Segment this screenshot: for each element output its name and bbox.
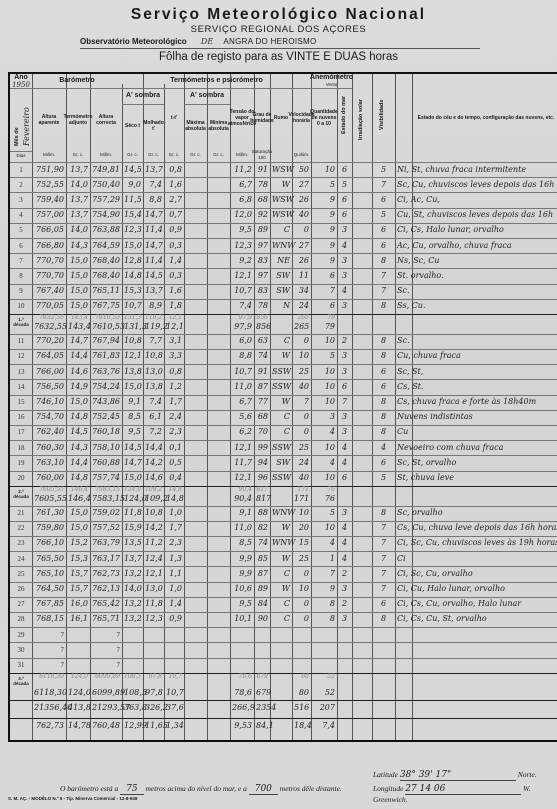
thermo-unit-6: Saturação 100 [254, 150, 270, 160]
cell-diff: 2,3 [166, 426, 182, 438]
cell-wet: 13,7 [145, 285, 162, 297]
cell-speed: 40 [294, 209, 309, 221]
decade-label: 3.ª década [10, 676, 32, 686]
barometer-unit-1: Gr. c. [66, 150, 90, 160]
decade-speed: 80 [294, 687, 309, 699]
decade-alt_corr: 6099,89 [92, 687, 120, 699]
cell-vis: 8 [374, 255, 393, 267]
cell-term: 15,7 [68, 568, 88, 580]
cell-vis: 5 [374, 209, 393, 221]
cell-clouds: 4 [313, 426, 335, 438]
cell-alt_ap: 764,05 [34, 350, 64, 362]
total-sum-alt_corr: 21293,57 [92, 702, 120, 714]
cell-vap: 9,9 [232, 553, 252, 565]
cell-sea: 4 [339, 457, 350, 469]
cell-vis: 8 [374, 350, 393, 362]
decade-vap: 78,6 [232, 687, 252, 699]
decade-pencil-alt_ap: 6118,30 [34, 673, 64, 681]
cell-sea: 6 [339, 209, 350, 221]
cell-diff: 0,5 [166, 457, 182, 469]
cell-hum: 97 [256, 240, 268, 252]
cell-day: 16 [12, 411, 30, 423]
cell-vis: 5 [374, 164, 393, 176]
solar-header: Irradiação solar [358, 99, 364, 140]
thermo-col-0: Sêco t [122, 104, 143, 148]
cell-diff: 1,6 [166, 179, 182, 191]
total-mean-dry: 12,99 [124, 720, 141, 732]
regional-service-subtitle: SERVIÇO REGIONAL DOS AÇORES [0, 24, 557, 35]
cell-hum: 88 [256, 507, 268, 519]
barometer-col-2: Altura correcta [90, 92, 122, 148]
cell-alt_ap: 752,55 [34, 179, 64, 191]
cell-term: 15,0 [68, 507, 88, 519]
total-mean-term: 14,78 [68, 720, 88, 732]
total-sum-wet: 326,2 [145, 702, 162, 714]
cell-dry: 15,9 [124, 522, 141, 534]
cell-vap: 12,1 [232, 442, 252, 454]
cell-wet: 14,2 [145, 522, 162, 534]
cell-sea: 6 [339, 194, 350, 206]
cell-term: 15,0 [68, 270, 88, 282]
cell-wet: 6,1 [145, 411, 162, 423]
cell-alt_ap: 761,30 [34, 507, 64, 519]
cell-speed: 25 [294, 553, 309, 565]
cell-speed: 11 [294, 270, 309, 282]
cell-dir: WNW [272, 507, 290, 519]
cell-alt_ap: 7 [34, 644, 64, 656]
form-imprint: S. M. AÇ. - MODÊLO N.º 5 - Tip. Minerva … [8, 796, 137, 801]
year-value: 1950 [10, 81, 32, 89]
cell-alt_ap: 770,70 [34, 255, 64, 267]
cell-diff: 0,8 [166, 366, 182, 378]
cell-term: 14,7 [68, 335, 88, 347]
cell-term: 14,8 [68, 411, 88, 423]
decade-clouds: 76 [313, 493, 335, 505]
cell-alt_corr: 757,29 [92, 194, 120, 206]
cell-alt_corr: 761,83 [92, 350, 120, 362]
cell-dir: C [272, 613, 290, 625]
cell-vis: 6 [374, 224, 393, 236]
decade-pencil-wet: 97,8 [145, 673, 162, 681]
remark-cell: Cu, chuva fraca [397, 350, 461, 362]
cell-speed: 26 [294, 194, 309, 206]
cell-clouds: 5 [313, 350, 335, 362]
cell-vap: 9,2 [232, 255, 252, 267]
cell-dry: 15,0 [124, 381, 141, 393]
cell-dir: W [272, 583, 290, 595]
cell-vis: 8 [374, 411, 393, 423]
cell-term: 13,7 [68, 164, 88, 176]
cell-dry: 13,2 [124, 568, 141, 580]
cell-term: 14,0 [68, 179, 88, 191]
cell-dir: N [272, 300, 290, 312]
decade-hum: 856 [256, 321, 268, 333]
remark-cell: Ni, St, chuva fraca intermitente [397, 164, 526, 176]
cell-vis: 7 [374, 553, 393, 565]
cell-diff: 1,4 [166, 598, 182, 610]
cell-hum: 63 [256, 335, 268, 347]
cell-dir: SSW [272, 442, 290, 454]
cell-hum: 83 [256, 255, 268, 267]
cell-term: 16,0 [68, 598, 88, 610]
cell-clouds: 10 [313, 472, 335, 484]
cell-term: 14,8 [68, 472, 88, 484]
cell-hum: 85 [256, 553, 268, 565]
cell-sea: 3 [339, 255, 350, 267]
cell-dry: 11,5 [124, 194, 141, 206]
column-divider [311, 74, 312, 740]
cell-speed: 10 [294, 583, 309, 595]
total-mean-wet: 11,65 [145, 720, 162, 732]
cell-alt_corr: 743,86 [92, 396, 120, 408]
cell-dry: 12,1 [124, 350, 141, 362]
cell-alt_corr: 749,81 [92, 164, 120, 176]
cell-clouds: 6 [313, 300, 335, 312]
total-mean-alt_corr: 760,48 [92, 720, 120, 732]
day-label: Dias [10, 151, 32, 161]
cell-alt_corr: 754,24 [92, 381, 120, 393]
cell-alt_ap: 770,70 [34, 270, 64, 282]
cell-sea: 4 [339, 537, 350, 549]
cell-day: 23 [12, 537, 30, 549]
decade-dry: 124,0 [124, 493, 141, 505]
cell-dir: W [272, 396, 290, 408]
total-sum-vap: 266,9 [232, 702, 252, 714]
thermo-col-4: Mínima absoluta [207, 104, 230, 148]
cell-dry: 13,8 [124, 366, 141, 378]
cell-hum: 90 [256, 613, 268, 625]
cell-wet: 11,4 [145, 224, 162, 236]
cell-dir: C [272, 224, 290, 236]
cell-diff: 1,4 [166, 255, 182, 267]
cell-alt_corr: 758,10 [92, 442, 120, 454]
cell-dry: 13,2 [124, 613, 141, 625]
cell-alt_corr: 762,13 [92, 583, 120, 595]
cell-speed: 0 [294, 335, 309, 347]
cell-term: 15,3 [68, 553, 88, 565]
cell-vap: 11,0 [232, 381, 252, 393]
cell-term: 14,5 [68, 426, 88, 438]
cell-day: 5 [12, 224, 30, 236]
cell-alt_ap: 7 [34, 659, 64, 671]
cell-dir: SW [272, 457, 290, 469]
cell-day: 14 [12, 381, 30, 393]
cell-alt_corr: 757,74 [92, 472, 120, 484]
decade-wet: 119,2 [145, 321, 162, 333]
cell-wet: 14,6 [145, 472, 162, 484]
cell-alt_corr: 752,45 [92, 411, 120, 423]
cell-day: 1 [12, 164, 30, 176]
cell-alt_corr: 759,02 [92, 507, 120, 519]
column-divider [395, 74, 396, 740]
cell-speed: 27 [294, 179, 309, 191]
cell-wet: 7,4 [145, 179, 162, 191]
cell-wet: 14,5 [145, 270, 162, 282]
cell-day: 25 [12, 568, 30, 580]
cell-alt_corr: 750,40 [92, 179, 120, 191]
cell-speed: 20 [294, 522, 309, 534]
cell-dir: WNW [272, 537, 290, 549]
decade-speed: 265 [294, 321, 309, 333]
cell-diff: 0,9 [166, 613, 182, 625]
barometer-note: O barómetro está a 75 metros acima do ní… [60, 784, 342, 794]
thermo-col-1: Molhado t' [143, 104, 164, 148]
decade-term: 146,4 [68, 493, 88, 505]
cell-clouds: 9 [313, 194, 335, 206]
cell-sea: 7 [339, 396, 350, 408]
total-mean-vap: 9,53 [232, 720, 252, 732]
column-divider [270, 74, 271, 740]
cell-vap: 12,1 [232, 472, 252, 484]
cell-speed: 10 [294, 507, 309, 519]
cell-dry: 9,1 [124, 396, 141, 408]
cell-clouds: 10 [313, 522, 335, 534]
wind-speed-unit: Quilóm. [292, 150, 311, 160]
cell-speed: 10 [294, 350, 309, 362]
cell-dry: 14,7 [124, 457, 141, 469]
decade-alt_ap: 7605,55 [34, 493, 64, 505]
cell-speed: 0 [294, 613, 309, 625]
cell-vap: 6,0 [232, 335, 252, 347]
barometer-note-text-3: metros dêle distante. [280, 784, 342, 793]
cell-day: 6 [12, 240, 30, 252]
cell-term: 15,2 [68, 537, 88, 549]
thermo-unit-5: Milím. [230, 150, 254, 160]
cell-alt_ap: 759,80 [34, 522, 64, 534]
remark-cell: Cu [397, 426, 408, 438]
cell-diff: 2,7 [166, 194, 182, 206]
cell-sea: 6 [339, 381, 350, 393]
cell-hum: 70 [256, 426, 268, 438]
cell-term: 16,1 [68, 613, 88, 625]
cell-alt_ap: 765,50 [34, 553, 64, 565]
cell-clouds: 5 [313, 179, 335, 191]
cell-vap: 6,7 [232, 179, 252, 191]
thermo-unit-0: Gr. c. [122, 150, 143, 160]
cell-hum: 68 [256, 194, 268, 206]
cell-dir: W [272, 179, 290, 191]
cell-alt_ap: 765,10 [34, 568, 64, 580]
cell-dry: 9,5 [124, 426, 141, 438]
cell-alt_corr: 764,59 [92, 240, 120, 252]
remark-cell: Ss, Cu. [397, 300, 426, 312]
cell-clouds: 10 [313, 381, 335, 393]
cell-hum: 99 [256, 442, 268, 454]
cell-day: 12 [12, 350, 30, 362]
cell-dry: 13,2 [124, 598, 141, 610]
cell-vis: 8 [374, 335, 393, 347]
column-divider [184, 74, 185, 740]
observatory-label: Observatório Meteorológico [80, 37, 187, 46]
cell-vis: 6 [374, 366, 393, 378]
cell-sea: 3 [339, 613, 350, 625]
cell-vis: 8 [374, 396, 393, 408]
cell-speed: 26 [294, 255, 309, 267]
cell-vap: 11,7 [232, 457, 252, 469]
cell-day: 24 [12, 553, 30, 565]
cell-wet: 14,4 [145, 442, 162, 454]
total-sum-diff: 37,6 [166, 702, 182, 714]
decade-dry: 131,3 [124, 321, 141, 333]
cell-alt_ap: 760,30 [34, 442, 64, 454]
cell-alt_ap: 754,70 [34, 411, 64, 423]
cell-wet: 11,4 [145, 255, 162, 267]
cell-speed: 40 [294, 381, 309, 393]
remark-cell: Sc, St, orvalho [397, 457, 456, 469]
cell-dir: SSW [272, 381, 290, 393]
cell-alt_corr: 7 [92, 629, 120, 641]
shade-label-1: A' sombra [122, 88, 164, 104]
cell-sea: 3 [339, 366, 350, 378]
cell-alt_corr: 760,88 [92, 457, 120, 469]
cell-alt_corr: 767,75 [92, 300, 120, 312]
cell-hum: 96 [256, 472, 268, 484]
cell-speed: 0 [294, 598, 309, 610]
row-rule [10, 700, 557, 701]
decade-label: 1.ª década [10, 317, 32, 327]
cell-day: 7 [12, 255, 30, 267]
cell-dry: 14,5 [124, 164, 141, 176]
remark-cell: Ci, Cs, Cu, orvalho, Halo lunar [397, 598, 521, 610]
cell-hum: 91 [256, 164, 268, 176]
cell-term: 15,0 [68, 285, 88, 297]
cell-day: 18 [12, 442, 30, 454]
cell-clouds: 3 [313, 411, 335, 423]
decade-dry: 108,5 [124, 687, 141, 699]
cell-dry: 14,5 [124, 442, 141, 454]
total-mean-diff: 1,34 [166, 720, 182, 732]
cell-vap: 10,7 [232, 285, 252, 297]
cell-diff: 2,3 [166, 537, 182, 549]
cell-sea: 4 [339, 522, 350, 534]
cell-sea: 4 [339, 240, 350, 252]
cell-sea: 4 [339, 553, 350, 565]
cell-sea: 4 [339, 285, 350, 297]
decade-vap: 90,4 [232, 493, 252, 505]
cell-dir: WSW [272, 209, 290, 221]
total-sum-hum: 2354 [256, 702, 268, 714]
decade-pencil-dry: 108,5 [124, 673, 141, 681]
cell-vis: 7 [374, 568, 393, 580]
cell-sea: 3 [339, 507, 350, 519]
cell-wet: 7,7 [145, 335, 162, 347]
cell-clouds: 4 [313, 537, 335, 549]
cell-hum: 87 [256, 381, 268, 393]
cell-hum: 94 [256, 457, 268, 469]
cell-alt_corr: 768,40 [92, 255, 120, 267]
cell-speed: 15 [294, 537, 309, 549]
cell-clouds: 10 [313, 366, 335, 378]
cell-alt_ap: 7 [34, 629, 64, 641]
decade-alt_corr: 7583,15 [92, 493, 120, 505]
cell-clouds: 8 [313, 598, 335, 610]
cell-day: 8 [12, 270, 30, 282]
remark-cell: Ci [397, 553, 406, 565]
observatory-line: Observatório Meteorológico DE ANGRA DO H… [80, 37, 480, 49]
latitude-label: Latitude [373, 770, 398, 779]
cell-clouds: 10 [313, 164, 335, 176]
cell-vis: 8 [374, 507, 393, 519]
thermo-unit-2: Gr. c. [164, 150, 184, 160]
cell-day: 19 [12, 457, 30, 469]
cell-vap: 10,7 [232, 366, 252, 378]
thermo-col-3: Máxima absoluta [184, 104, 207, 148]
cell-alt_corr: 7 [92, 644, 120, 656]
cell-day: 21 [12, 507, 30, 519]
decade-speed: 171 [294, 493, 309, 505]
cell-hum: 82 [256, 522, 268, 534]
column-divider [207, 74, 208, 740]
register-sheet: Serviço Meteorológico Nacional SERVIÇO R… [0, 0, 557, 809]
cell-hum: 78 [256, 179, 268, 191]
wind-speed-col: Velocidade horária [292, 88, 311, 148]
cell-sea: 2 [339, 598, 350, 610]
decade-alt_ap: 7632,55 [34, 321, 64, 333]
cell-clouds: 9 [313, 224, 335, 236]
remarks-header: Estado do céu e do tempo, configuração d… [412, 74, 557, 162]
cell-alt_corr: 763,88 [92, 224, 120, 236]
cell-hum: 74 [256, 537, 268, 549]
cell-day: 26 [12, 583, 30, 595]
cell-day: 31 [12, 659, 30, 671]
remark-cell: Ci, Cs, Halo lunar, orvalho [397, 224, 504, 236]
decade-vap: 97,9 [232, 321, 252, 333]
cell-speed: 40 [294, 472, 309, 484]
cell-vis: 7 [374, 583, 393, 595]
sheet-title: Fôlha de registo para as VINTE E DUAS ho… [0, 51, 557, 63]
remark-cell: Nuvens indistintas [397, 411, 473, 423]
cell-vap: 12,1 [232, 270, 252, 282]
decade-clouds: 79 [313, 321, 335, 333]
decade-pencil-hum: 679 [256, 673, 268, 681]
cell-alt_ap: 767,40 [34, 285, 64, 297]
remark-cell: Cs, chuva fraca e forte às 18h40m [397, 396, 536, 408]
total-mean-hum: 84,1 [256, 720, 268, 732]
cell-dry: 10,7 [124, 300, 141, 312]
cell-speed: 0 [294, 426, 309, 438]
remark-cell: Cs, Cu, chuva leve depois das 16h horas [397, 522, 557, 534]
cell-diff: 3,1 [166, 335, 182, 347]
remark-cell: Sc, orvalho [397, 507, 443, 519]
cell-speed: 34 [294, 285, 309, 297]
cell-alt_ap: 767,85 [34, 598, 64, 610]
anemometer-label: Anemómetro [311, 74, 352, 82]
decade-diff: 14,8 [166, 493, 182, 505]
thermo-col-6: Grau de humidade [254, 88, 270, 148]
cell-hum: 74 [256, 350, 268, 362]
cell-day: 10 [12, 300, 30, 312]
cell-wet: 10,8 [145, 350, 162, 362]
cell-dir: C [272, 598, 290, 610]
cell-alt_ap: 757,00 [34, 209, 64, 221]
cell-alt_ap: 746,10 [34, 396, 64, 408]
cell-vis: 6 [374, 598, 393, 610]
cell-sea: 2 [339, 568, 350, 580]
cell-day: 11 [12, 335, 30, 347]
cell-diff: 0,9 [166, 224, 182, 236]
remark-cell: St, chuva leve [397, 472, 454, 484]
cell-wet: 11,2 [145, 537, 162, 549]
cell-clouds: 7 [313, 285, 335, 297]
remark-cell: Sc, St, [397, 366, 423, 378]
cell-dir: W [272, 522, 290, 534]
cell-diff: 1,0 [166, 507, 182, 519]
observation-table: Ano1950BarómetroTermómetros e psicrómetr… [8, 72, 557, 742]
decade-diff: 12,1 [166, 321, 182, 333]
cell-dir: WSW [272, 164, 290, 176]
remark-cell: Sc. [397, 335, 410, 347]
decade-wet: 97,8 [145, 687, 162, 699]
